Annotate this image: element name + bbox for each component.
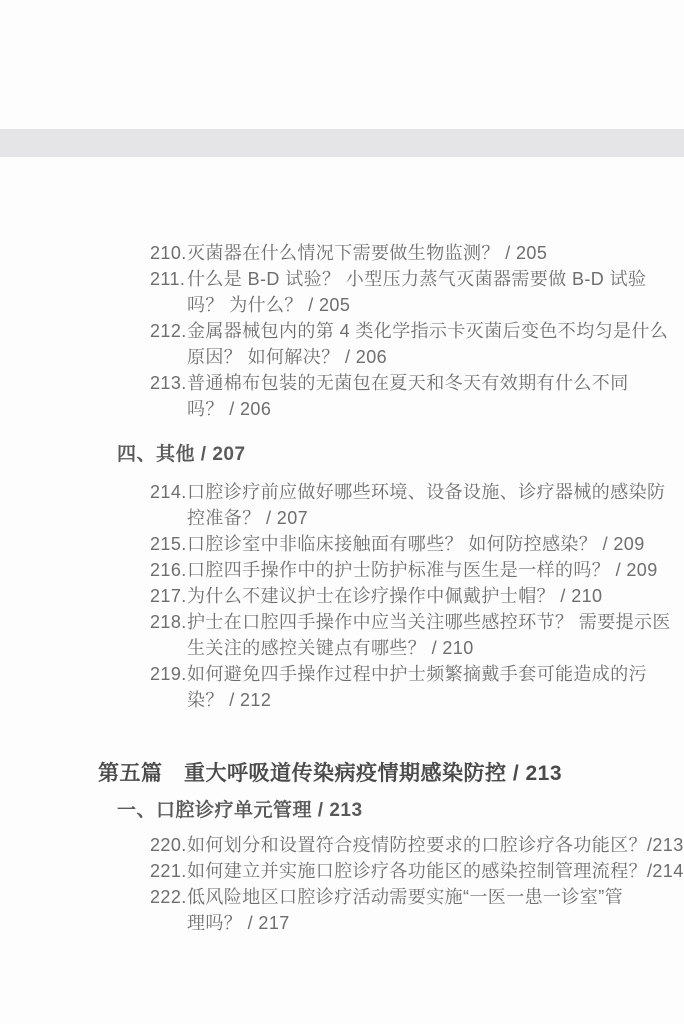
toc-item-number: 222.: [150, 884, 187, 910]
toc-item-number: 219.: [150, 661, 187, 687]
toc-item-text-wrap: 生关注的感控关键点有哪些？ / 210: [187, 635, 684, 661]
section-heading-other: 四、其他 / 207: [117, 441, 684, 469]
toc-item-number: 218.: [150, 609, 187, 635]
book-page: 210.灭菌器在什么情况下需要做生物监测？ / 205 211.什么是 B-D …: [0, 0, 684, 1024]
toc-item-number: 215.: [150, 531, 187, 557]
toc-item-219: 219.如何避免四手操作过程中护士频繁摘戴手套可能造成的污 染？ / 212: [150, 661, 684, 713]
toc-item-210: 210.灭菌器在什么情况下需要做生物监测？ / 205: [150, 240, 684, 266]
section-heading-unit-management: 一、口腔诊疗单元管理 / 213: [117, 797, 684, 825]
toc-item-221: 221.如何建立并实施口腔诊疗各功能区的感染控制管理流程？/214: [150, 858, 684, 884]
toc-item-number: 220.: [150, 832, 187, 858]
toc-item-line: 217.为什么不建议护士在诊疗操作中佩戴护士帽？ / 210: [150, 583, 684, 609]
toc-item-215: 215.口腔诊室中非临床接触面有哪些？ 如何防控感染？ / 209: [150, 531, 684, 557]
toc-item-line: 212.金属器械包内的第 4 类化学指示卡灭菌后变色不均匀是什么: [150, 318, 684, 344]
toc-item-number: 214.: [150, 479, 187, 505]
toc-item-number: 217.: [150, 583, 187, 609]
toc-item-text: 低风险地区口腔诊疗活动需要实施“一医一患一诊室”管: [187, 887, 623, 907]
toc-item-line: 219.如何避免四手操作过程中护士频繁摘戴手套可能造成的污: [150, 661, 684, 687]
toc-item-text: 普通棉布包装的无菌包在夏天和冬天有效期有什么不同: [187, 373, 629, 393]
toc-item-number: 221.: [150, 858, 187, 884]
toc-item-213: 213.普通棉布包装的无菌包在夏天和冬天有效期有什么不同 吗？ / 206: [150, 370, 684, 422]
toc-group-sterilization: 210.灭菌器在什么情况下需要做生物监测？ / 205 211.什么是 B-D …: [0, 240, 684, 422]
toc-item-text-wrap: 吗？ 为什么？ / 205: [187, 292, 684, 318]
toc-item-text: 口腔四手操作中的护士防护标准与医生是一样的吗？ / 209: [187, 560, 658, 580]
toc-item-text: 口腔诊室中非临床接触面有哪些？ 如何防控感染？ / 209: [187, 534, 645, 554]
toc-item-214: 214.口腔诊疗前应做好哪些环境、设备设施、诊疗器械的感染防 控准备？ / 20…: [150, 479, 684, 531]
toc-item-line: 221.如何建立并实施口腔诊疗各功能区的感染控制管理流程？/214: [150, 858, 684, 884]
toc-item-number: 211.: [150, 266, 187, 292]
toc-item-218: 218.护士在口腔四手操作中应当关注哪些感控环节？ 需要提示医 生关注的感控关键…: [150, 609, 684, 661]
toc-item-text-wrap: 染？ / 212: [187, 687, 684, 713]
toc-item-text: 什么是 B-D 试验？ 小型压力蒸气灭菌器需要做 B-D 试验: [187, 269, 646, 289]
toc-item-text-wrap: 吗？ / 206: [187, 396, 684, 422]
toc-item-217: 217.为什么不建议护士在诊疗操作中佩戴护士帽？ / 210: [150, 583, 684, 609]
toc-item-216: 216.口腔四手操作中的护士防护标准与医生是一样的吗？ / 209: [150, 557, 684, 583]
toc-item-line: 210.灭菌器在什么情况下需要做生物监测？ / 205: [150, 240, 684, 266]
toc-item-text: 金属器械包内的第 4 类化学指示卡灭菌后变色不均匀是什么: [187, 321, 668, 341]
toc-item-line: 215.口腔诊室中非临床接触面有哪些？ 如何防控感染？ / 209: [150, 531, 684, 557]
toc-item-text: 灭菌器在什么情况下需要做生物监测？ / 205: [187, 243, 547, 263]
toc-item-212: 212.金属器械包内的第 4 类化学指示卡灭菌后变色不均匀是什么 原因？ 如何解…: [150, 318, 684, 370]
toc-item-line: 211.什么是 B-D 试验？ 小型压力蒸气灭菌器需要做 B-D 试验: [150, 266, 684, 292]
toc-item-text: 口腔诊疗前应做好哪些环境、设备设施、诊疗器械的感染防: [187, 482, 665, 502]
toc-item-text: 护士在口腔四手操作中应当关注哪些感控环节？ 需要提示医: [187, 612, 671, 632]
toc-item-220: 220.如何划分和设置符合疫情防控要求的口腔诊疗各功能区？/213: [150, 832, 684, 858]
toc-item-text: 如何建立并实施口腔诊疗各功能区的感染控制管理流程？/214: [187, 861, 684, 881]
toc-item-text-wrap: 原因？ 如何解决？ / 206: [187, 344, 684, 370]
part-heading-part5: 第五篇 重大呼吸道传染病疫情期感染防控 / 213: [98, 758, 684, 790]
toc-group-unit-management: 220.如何划分和设置符合疫情防控要求的口腔诊疗各功能区？/213 221.如何…: [0, 832, 684, 936]
toc-item-text: 为什么不建议护士在诊疗操作中佩戴护士帽？ / 210: [187, 586, 602, 606]
toc-item-line: 220.如何划分和设置符合疫情防控要求的口腔诊疗各功能区？/213: [150, 832, 684, 858]
toc-item-text: 如何避免四手操作过程中护士频繁摘戴手套可能造成的污: [187, 664, 647, 684]
toc-item-line: 216.口腔四手操作中的护士防护标准与医生是一样的吗？ / 209: [150, 557, 684, 583]
toc-item-number: 213.: [150, 370, 187, 396]
toc-item-number: 216.: [150, 557, 187, 583]
table-of-contents: 210.灭菌器在什么情况下需要做生物监测？ / 205 211.什么是 B-D …: [0, 240, 684, 936]
toc-item-text-wrap: 控准备？ / 207: [187, 505, 684, 531]
toc-item-text-wrap: 理吗？ / 217: [187, 910, 684, 936]
toc-item-number: 210.: [150, 240, 187, 266]
toc-item-line: 214.口腔诊疗前应做好哪些环境、设备设施、诊疗器械的感染防: [150, 479, 684, 505]
toc-item-line: 213.普通棉布包装的无菌包在夏天和冬天有效期有什么不同: [150, 370, 684, 396]
toc-item-211: 211.什么是 B-D 试验？ 小型压力蒸气灭菌器需要做 B-D 试验 吗？ 为…: [150, 266, 684, 318]
toc-item-text: 如何划分和设置符合疫情防控要求的口腔诊疗各功能区？/213: [187, 835, 684, 855]
toc-item-line: 218.护士在口腔四手操作中应当关注哪些感控环节？ 需要提示医: [150, 609, 684, 635]
toc-item-222: 222.低风险地区口腔诊疗活动需要实施“一医一患一诊室”管 理吗？ / 217: [150, 884, 684, 936]
toc-item-line: 222.低风险地区口腔诊疗活动需要实施“一医一患一诊室”管: [150, 884, 684, 910]
toc-group-other: 214.口腔诊疗前应做好哪些环境、设备设施、诊疗器械的感染防 控准备？ / 20…: [0, 479, 684, 713]
toc-item-number: 212.: [150, 318, 187, 344]
page-top-band: [0, 129, 684, 157]
